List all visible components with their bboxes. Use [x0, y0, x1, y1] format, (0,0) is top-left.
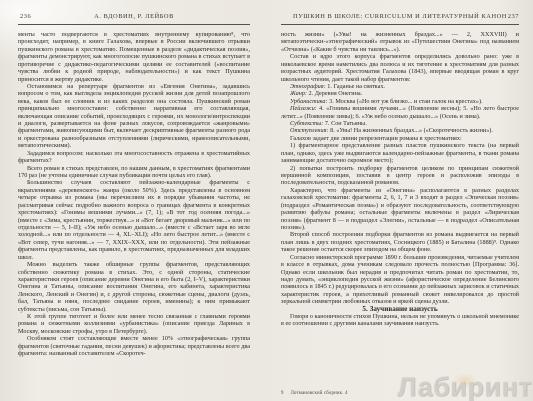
paragraph: 2) попытки построить подборку фрагментов… [281, 165, 519, 187]
list-item: Отступления: 8. «Увы! На жизненных бразд… [281, 127, 519, 134]
running-title-left: А. ВДОВИН, Р. ЛЕЙБОВ [94, 13, 174, 20]
list-item: Урбанистика: 3. Москва («Но вот уж близк… [281, 98, 519, 105]
paragraph: Можно выделить также обширные группы фра… [18, 261, 250, 313]
list-item-text: 4. «Гонимы вешними лучами...» (Появление… [281, 105, 519, 119]
paragraph: Второй способ построения подборки фрагме… [281, 231, 519, 253]
paragraph: Всего роман в стихах представлен, по наш… [18, 165, 250, 180]
list-item: Этнография: 1. Гаданье на святках. [281, 83, 519, 90]
text-block-right: ность жизни» («Увы! на жизненных браздах… [281, 31, 519, 328]
list-item-text: 1. Гаданье на святках. [326, 83, 385, 90]
running-header-left: 236 А. ВДОВИН, Р. ЛЕЙБОВ [18, 13, 250, 25]
list-item-label: Субтексты: [290, 120, 323, 127]
paragraph: К этой группе тяготеет и более или менее… [18, 313, 250, 335]
page-number-left: 236 [20, 13, 31, 20]
list-item-text: 3. Москва («Но вот уж близко... и стаи г… [328, 98, 483, 105]
list-item-label: Урбанистика: [290, 98, 328, 105]
page-left: 236 А. ВДОВИН, Р. ЛЕЙБОВ менты часто под… [0, 0, 266, 401]
paragraph: Состав и ядро этого корпуса фрагментов о… [281, 53, 519, 83]
running-title-right: ПУШКИН В ШКОЛЕ: CURRICULUM И ЛИТЕРАТУРНЫ… [293, 13, 507, 20]
list-item: Пейзажи: 4. «Гонимы вешними лучами...» (… [281, 105, 519, 120]
paragraph: Характерно, что фрагменты из «Онегина» р… [281, 187, 519, 232]
paragraph: Большинство случаев составляют пейзажно-… [18, 179, 250, 261]
list-item-text: 7. Сон Татьяны. [323, 120, 366, 127]
list-item-text: 8. «Увы! На жизненных браздах...» («Скор… [329, 127, 493, 134]
signature-number: 9 [281, 391, 284, 396]
list-item-label: Этнография: [290, 83, 326, 90]
running-header-right: ПУШКИН В ШКОЛЕ: CURRICULUM И ЛИТЕРАТУРНЫ… [281, 13, 519, 25]
list-item-label: Отступления: [290, 127, 329, 134]
paragraph: Согласно министерской программе 1890 г. … [281, 254, 519, 306]
page-right: ПУШКИН В ШКОЛЕ: CURRICULUM И ЛИТЕРАТУРНЫ… [267, 0, 533, 401]
text-block-left: менты часто подвергаются в хрестоматиях … [18, 31, 250, 358]
section-heading: 5. Заучивание наизусть [281, 306, 519, 313]
signature-title: Лотмановский сборник. 4 [291, 391, 348, 396]
page-number-right: 237 [508, 13, 519, 20]
list-item-text: 2. Деревня Онегина. [307, 90, 362, 97]
paragraph: ность жизни» («Увы! на жизненных браздах… [281, 31, 519, 53]
list-item: Субтексты: 7. Сон Татьяны. [281, 120, 519, 127]
paragraph: менты часто подвергаются в хрестоматиях … [18, 31, 250, 83]
paragraph: Говоря о каноничности стихов Пушкина, не… [281, 313, 519, 328]
paragraph: Галахов задает две линии репрезентации р… [281, 135, 519, 142]
paragraph: Остановимся на репертуаре фрагментов из … [18, 83, 250, 150]
list-item: Жанр: 2. Деревня Онегина. [281, 90, 519, 97]
printers-signature-mark: 9Лотмановский сборник. 4 [281, 391, 348, 396]
paragraph: Особняком стоят составляющие вместе мене… [18, 335, 250, 357]
paragraph: 1) фрагментарное представление разных пл… [281, 142, 519, 164]
list-item-label: Пейзажи: [290, 105, 317, 112]
paragraph: Зададимся вопросом: насколько эта многос… [18, 150, 250, 165]
book-spread: 236 А. ВДОВИН, Р. ЛЕЙБОВ менты часто под… [0, 0, 533, 401]
list-item-label: Жанр: [290, 90, 307, 97]
